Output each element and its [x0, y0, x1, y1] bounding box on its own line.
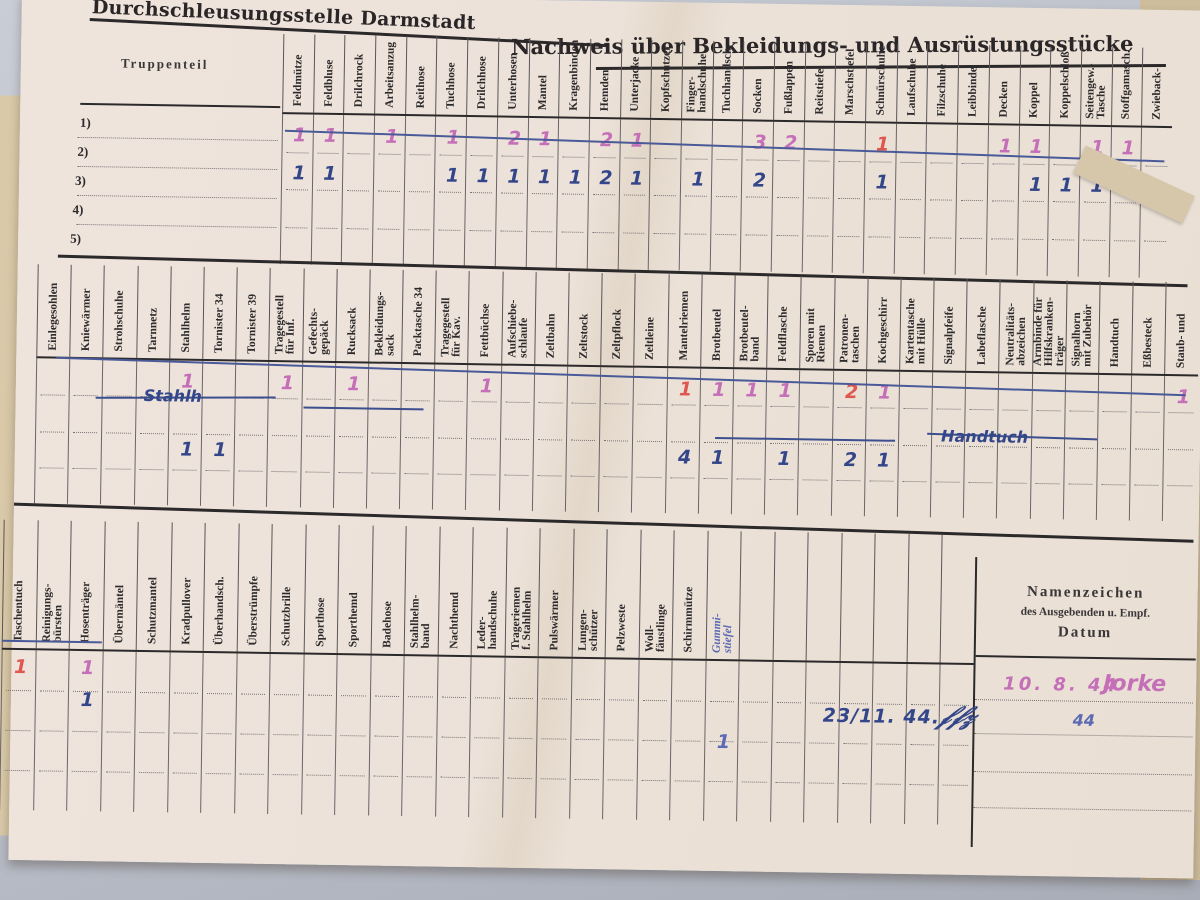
column-header: Decken — [988, 45, 1020, 123]
entry-cell-column — [797, 370, 832, 516]
handwritten-quantity: 2 — [599, 167, 613, 189]
column-header: Armbinde für Hilfskranken- träger — [1032, 280, 1067, 373]
handwritten-quantity: 1 — [1029, 136, 1043, 158]
entry-cell-column — [366, 363, 401, 509]
column-header: Signalpfeife — [932, 278, 967, 371]
column-header-label: Neutralitäts- abzeichen — [1005, 303, 1028, 366]
column-header: Bekleidungs- sack — [368, 269, 403, 362]
entry-cell-column: 1 — [200, 361, 235, 507]
column-header-label: Reinigungs- bürsten — [42, 584, 65, 643]
column-header-label: Tragegestell für Kav. — [441, 297, 464, 357]
column-header-label: Fettbüchse — [479, 304, 491, 358]
handwritten-quantity: 4 — [678, 446, 692, 468]
column-header-label: Unterhosen — [507, 53, 519, 110]
column-header: Labeflasche — [965, 279, 1000, 372]
column-header: Fußlappen — [773, 42, 805, 120]
handwritten-quantity: 1 — [630, 168, 644, 190]
column-header — [739, 531, 775, 660]
column-header-label: Aufschiebe- schlaufe — [507, 300, 530, 358]
column-header: Hosenträger — [69, 521, 105, 650]
column-header-label: Bekleidungs- sack — [374, 292, 397, 356]
column-header-label: Reithose — [415, 66, 427, 108]
column-header: Sporthose — [303, 525, 339, 654]
column-header: Feldbluse — [313, 35, 345, 113]
entry-cell-column — [67, 359, 102, 505]
entry-cell-column — [709, 121, 742, 271]
column-header: Laufschuhe — [896, 44, 928, 122]
column-header: Socken — [742, 41, 774, 119]
entry-cell-column: 1 — [985, 125, 1018, 275]
handwritten-quantity: 2 — [753, 170, 767, 192]
column-header-label: Drilchrock — [354, 54, 366, 108]
entry-cell-column: 1 — [464, 117, 497, 267]
column-header: Filzschuhe — [927, 44, 959, 122]
column-header-label: Koppel — [1029, 82, 1041, 118]
handwritten-quantity: 2 — [784, 132, 798, 154]
column-header-label: Decken — [998, 81, 1010, 118]
column-header-label: Gefechts- gepäck — [308, 308, 331, 355]
entry-cell-column: 1 — [465, 365, 500, 511]
entry-cell-column — [499, 366, 534, 512]
column-header-label: Trageriemen f. Stahlhelm — [510, 587, 533, 650]
entry-cell-column: 11 — [66, 651, 102, 812]
column-header: Zeltstock — [567, 273, 602, 366]
column-header-label: Strohschuhe — [114, 290, 126, 351]
handwritten-quantity: 1 — [711, 447, 725, 469]
column-header-label: Leder- handschuhe — [477, 590, 500, 649]
column-header-label: Kragenbinden — [569, 40, 581, 111]
column-header: Drilchrock — [344, 35, 376, 113]
column-header — [772, 532, 808, 661]
entry-cell-column: 11 — [864, 371, 899, 517]
column-header-label: Einlegesohlen — [48, 283, 60, 351]
section-clothing: FeldmützeFeldbluseDrilchrockArbeitsanzug… — [280, 34, 1184, 288]
column-header-label: Badehose — [382, 601, 394, 648]
column-header: Packtasche 34 — [401, 270, 436, 363]
column-header: Fettbüchse — [468, 271, 503, 364]
entry-cell-column — [134, 360, 169, 506]
column-header-label: Brotbeutel- band — [739, 305, 762, 361]
column-header-label: Gummi- stiefel — [711, 613, 734, 653]
column-header-label: Zeltbahn — [546, 314, 558, 359]
column-header-label: Feldflasche — [778, 306, 790, 362]
column-header-label: Koppelschloß — [1060, 51, 1072, 118]
entry-cell-column: 1 — [1047, 126, 1080, 276]
section3-header-row: TaschentuchReinigungs- bürstenHosenträge… — [2, 520, 975, 663]
entry-cell-column — [598, 367, 633, 513]
column-header-label: Tuchhose — [446, 62, 458, 108]
column-header-label: Armbinde für Hilfskranken- träger — [1032, 297, 1066, 367]
column-header: Tragegestell für Inf. — [269, 268, 304, 361]
signature-rule — [976, 655, 1196, 660]
handwritten-quantity: 1 — [293, 124, 307, 146]
section2-header-row: EinlegesohlenKniewärmerStrohschuheTarnne… — [36, 264, 1199, 374]
column-header-label: Hemden — [599, 70, 611, 112]
clothing-record-booklet: Durchschleusungsstelle Darmstadt Nachwei… — [8, 0, 1200, 879]
entry-cell-column — [736, 661, 772, 822]
entry-cell-column — [803, 662, 839, 823]
entry-cell-column — [299, 362, 334, 508]
handwritten-quantity: 1 — [480, 375, 494, 397]
column-header-label: Unterjacke — [630, 57, 642, 112]
column-header: Badehose — [370, 526, 406, 655]
entry-cell-column: 11 — [863, 123, 896, 273]
column-header: Feldmütze — [282, 34, 314, 112]
column-header: Schnürschuhe — [865, 43, 897, 121]
column-header: Überhandsch. — [203, 523, 239, 652]
column-header-label: Schutzmantel — [148, 577, 160, 644]
entry-cell-column — [937, 664, 973, 825]
entry-cell-column — [435, 657, 471, 818]
signature-heading: Namenzeichen — [977, 583, 1195, 603]
column-header: Arbeitsanzug — [374, 36, 406, 114]
column-header: Drilchhose — [466, 37, 498, 115]
entry-cell-column — [100, 359, 135, 505]
entry-cell-column — [402, 116, 435, 266]
column-header: Gefechts- gepäck — [302, 268, 337, 361]
column-header: Kradpullover — [169, 522, 205, 651]
column-header-label: Handtuch — [1110, 318, 1122, 367]
signature-subheading: des Ausgebenden u. Empf. — [976, 605, 1194, 620]
handwritten-mark-44: 44 — [1073, 711, 1096, 730]
column-header: Trageriemen f. Stahlhelm — [504, 528, 540, 657]
handwritten-quantity: 1 — [630, 130, 644, 152]
column-header-label: Kochgeschirr — [878, 297, 890, 364]
entry-cell-column: 11 — [167, 360, 202, 506]
column-header-label: Überhandsch. — [215, 576, 227, 645]
entry-cell-column — [368, 656, 404, 817]
entry-cell-column: 22 — [830, 371, 865, 517]
entry-cell-column — [33, 650, 69, 811]
column-header: Zeltpflock — [600, 273, 635, 366]
entry-cell-column — [801, 122, 834, 272]
handwritten-quantity: 1 — [281, 372, 295, 394]
handwritten-quantity: 3 — [753, 132, 767, 154]
column-header-label: Zeltpflock — [612, 309, 624, 360]
column-header: Unterjacke — [620, 39, 652, 117]
column-header-label: Woll- fäustlinge — [644, 604, 667, 652]
column-header: Feldflasche — [766, 276, 801, 369]
handwritten-quantity: 1 — [476, 165, 490, 187]
entry-cell-column — [535, 658, 571, 819]
column-header-label: Tarnnetz — [148, 308, 160, 352]
column-header: Hemden — [589, 39, 621, 117]
column-header: Übermäntel — [102, 521, 138, 650]
struck-handwriting-1: Stahlh — [144, 386, 203, 406]
column-header-label: Feldbluse — [323, 59, 335, 106]
entry-cell-column — [532, 366, 567, 512]
entry-cell-column: 1 — [703, 661, 739, 822]
struck-handwriting-2: Handtuch — [941, 426, 1028, 446]
row-number: 5) — [70, 231, 81, 247]
column-header: Taschentuch — [2, 520, 38, 649]
entry-cell-column — [100, 651, 136, 812]
entry-cell-column — [904, 664, 940, 825]
column-header-label: Patronen- taschen — [839, 314, 862, 363]
column-header-label: Stahlhelm- band — [410, 595, 433, 649]
entry-cell-column — [636, 660, 672, 821]
entry-cell-column — [234, 653, 270, 814]
column-header-label: Zeltstock — [579, 313, 591, 359]
column-header-label: Mantelriemen — [678, 291, 690, 361]
column-header-label: Schirmmütze — [683, 587, 695, 653]
entry-cell-column: 2 — [771, 122, 804, 272]
column-header: Nachthemd — [437, 527, 473, 656]
entry-cell-column: 14 — [664, 368, 699, 514]
entry-cell-column — [1063, 374, 1098, 520]
entry-cell-column: 1 — [1162, 376, 1197, 522]
entry-cell-column — [602, 659, 638, 820]
column-header: Tarnnetz — [136, 266, 171, 359]
column-header-label: Packtasche 34 — [413, 287, 425, 356]
column-header-label: Brotbeutel — [712, 309, 724, 361]
column-header-label: Labeflasche — [977, 306, 989, 365]
column-header-label: Kartentasche mit Hülle — [905, 298, 928, 364]
column-header: Sporen mit Riemen — [799, 276, 834, 369]
entry-cell-column — [837, 663, 873, 824]
column-header: Mantelriemen — [667, 274, 702, 367]
column-header-label: Taschentuch — [14, 580, 26, 642]
column-header: Stahlhelm- band — [404, 526, 440, 655]
column-header-label: Übermäntel — [114, 585, 126, 644]
column-header-label: Tornister 34 — [214, 293, 226, 353]
column-header: Leder- handschuhe — [471, 527, 507, 656]
column-header-label: Rucksack — [347, 307, 359, 355]
entry-cell-column — [893, 124, 926, 274]
column-header: Brotbeutel — [700, 275, 735, 368]
column-header-label: Sporthose — [315, 597, 327, 646]
entry-cell-column — [832, 123, 865, 273]
column-header: Unterhosen — [497, 37, 529, 115]
handwritten-quantity: 1 — [507, 166, 521, 188]
column-header-label: Zwieback- — [1152, 68, 1164, 120]
column-header: Schutzbrille — [270, 524, 306, 653]
column-header-label: Fußlappen — [784, 61, 796, 114]
handwritten-quantity: 1 — [446, 165, 460, 187]
handwritten-quantity: 1 — [180, 439, 194, 461]
column-header-label: Kopfschützer — [661, 46, 673, 113]
handwritten-quantity: 1 — [679, 378, 693, 400]
column-header-label: Reitstiefel — [814, 65, 826, 114]
row-number: 2) — [77, 144, 88, 160]
entry-cell-column — [200, 653, 236, 814]
column-header: Tragegestell für Kav. — [434, 271, 469, 364]
column-header-label: Stoffgamasch. — [1121, 50, 1133, 119]
column-header: Kartentasche mit Hülle — [899, 278, 934, 371]
column-header-label: Pulswärmer — [549, 590, 561, 650]
column-header-label: Sporen mit Riemen — [806, 308, 829, 363]
entry-cell-column — [432, 365, 467, 511]
handwritten-quantity: 1 — [538, 166, 552, 188]
column-header-label: Tuchhandsch. — [722, 45, 734, 113]
entry-cell-column — [468, 657, 504, 818]
column-header-label: Überstrümpfe — [248, 576, 260, 646]
column-header: Neutralitäts- abzeichen — [999, 279, 1034, 372]
column-header: Handtuch — [1098, 281, 1133, 374]
column-header-label: Schnürschuhe — [876, 46, 888, 116]
entry-cell-column: 1 — [0, 650, 35, 811]
column-header: Tornister 34 — [202, 267, 237, 360]
dotted-line — [78, 137, 278, 141]
column-header: Aufschiebe- schlaufe — [501, 272, 536, 365]
handwritten-quantity: 1 — [323, 163, 337, 185]
column-header: Stoffgamasch. — [1111, 47, 1143, 125]
entry-cell-column — [502, 658, 538, 819]
column-header — [873, 533, 909, 662]
column-header: Rucksack — [335, 269, 370, 362]
stamp-date-1: 10. 8. 44 — [1003, 673, 1119, 696]
row-number: 1) — [80, 115, 91, 131]
handwritten-quantity: 1 — [1177, 386, 1191, 408]
column-header: Signalhorn mit Zubehör — [1065, 280, 1100, 373]
handwritten-quantity: 1 — [875, 171, 889, 193]
entry-cell-column: 11 — [433, 117, 466, 267]
entry-cell-column: 11 — [310, 115, 343, 265]
handwritten-quantity: 1 — [80, 689, 94, 711]
column-header: Stahlhelm — [169, 266, 204, 359]
column-header-label: Stahlhelm — [181, 303, 193, 353]
column-header: Kopfschützer — [650, 40, 682, 118]
truppenteil-label: Truppenteil — [121, 56, 209, 73]
entry-cell-column — [897, 372, 932, 518]
column-header: Mantel — [528, 38, 560, 116]
column-header: Tuchhandsch. — [712, 41, 744, 119]
handwritten-quantity: 1 — [1059, 174, 1073, 196]
column-header: Lungen- schützer — [571, 529, 607, 658]
dotted-line — [77, 195, 277, 199]
signature-jorke: Jorke — [1103, 671, 1166, 697]
entry-cell-column — [569, 659, 605, 820]
signature-box: Namenzeichen des Ausgebenden u. Empf. Da… — [971, 557, 1196, 850]
entry-cell-column — [233, 361, 268, 507]
column-header: Pelzweste — [605, 529, 641, 658]
column-header-label: Filzschuhe — [937, 64, 949, 117]
column-header-label: Leibbinde — [968, 67, 980, 117]
entry-cell-column: 11 — [698, 369, 733, 515]
column-header: Marschstiefel — [834, 43, 866, 121]
entry-cell-column — [1096, 375, 1131, 521]
column-header: Tornister 39 — [235, 267, 270, 360]
handwritten-quantity: 2 — [844, 449, 858, 471]
column-header-label: Signalhorn mit Zubehör — [1071, 304, 1094, 367]
column-header: Woll- fäustlinge — [638, 530, 674, 659]
entry-cell-column: 11 — [1016, 126, 1049, 276]
section1-header-row: FeldmützeFeldbluseDrilchrockArbeitsanzug… — [282, 34, 1173, 126]
handwritten-quantity: 1 — [778, 380, 792, 402]
section3-entry-grid: 1111 — [0, 650, 973, 825]
handwritten-quantity: 1 — [385, 126, 399, 148]
column-header-label: Drilchhose — [477, 56, 489, 109]
entry-cell-column — [301, 654, 337, 815]
handwritten-quantity: 1 — [569, 167, 583, 189]
entry-cell-column — [631, 368, 666, 514]
column-header: Zeltbahn — [534, 272, 569, 365]
column-header — [839, 533, 875, 662]
column-header-label: Lungen- schützer — [577, 609, 600, 651]
column-header-label: Schutzbrille — [282, 587, 294, 647]
column-header-label: Feldmütze — [293, 55, 305, 107]
column-header: Kragenbinden — [558, 38, 590, 116]
handwritten-quantity: 1 — [877, 449, 891, 471]
column-header: Reinigungs- bürsten — [35, 520, 71, 649]
column-header: Leibbinde — [957, 45, 989, 123]
handwritten-quantity: 1 — [745, 379, 759, 401]
entry-cell-column — [1129, 375, 1164, 521]
column-header-label: Zeltleine — [645, 317, 657, 360]
column-header-label: Eßbesteck — [1143, 317, 1155, 368]
column-header-label: Hosenträger — [81, 582, 93, 643]
column-header: Strohschuhe — [103, 265, 138, 358]
entry-cell-column — [267, 654, 303, 815]
column-header-label: Tragegestell für Inf. — [275, 295, 298, 355]
truppenteil-rule — [80, 103, 280, 108]
column-header: Reithose — [405, 36, 437, 114]
row-number: 3) — [75, 173, 86, 189]
column-header: Tuchhose — [436, 37, 468, 115]
column-header: Kniewärmer — [69, 265, 104, 358]
entry-cell-column — [334, 655, 370, 816]
entry-cell-column — [870, 663, 906, 824]
column-header: Überstrümpfe — [236, 523, 272, 652]
entry-cell-column — [133, 652, 169, 813]
column-header-label: Marschstiefel — [845, 49, 857, 116]
column-header-label: Mantel — [538, 75, 550, 110]
column-header: Finger- handschuhe — [681, 40, 713, 118]
column-header: Zwieback- — [1141, 48, 1173, 126]
column-header — [940, 535, 976, 664]
column-header: Pulswärmer — [538, 528, 574, 657]
entry-cell-column: 32 — [740, 121, 773, 271]
handwritten-quantity: 1 — [324, 125, 338, 147]
column-header: Patronen- taschen — [833, 277, 868, 370]
handwritten-quantity: 1 — [213, 439, 227, 461]
handwritten-quantity: 1 — [712, 379, 726, 401]
entry-cell-column: 1 — [372, 116, 405, 266]
handwritten-quantity: 1 — [292, 162, 306, 184]
dotted-line — [77, 166, 277, 170]
signature-date-label: Datum — [976, 623, 1194, 643]
handwritten-quantity: 1 — [446, 127, 460, 149]
column-header-label: Kniewärmer — [81, 288, 93, 351]
handwritten-date-2: 23/11. 44. — [823, 705, 941, 729]
handwritten-quantity: 1 — [1121, 137, 1135, 159]
entry-cell-column — [955, 125, 988, 275]
column-header-label: Nachthemd — [449, 592, 461, 649]
entry-cell-column: 1 — [731, 369, 766, 515]
section-misc: TaschentuchReinigungs- bürstenHosenträge… — [0, 520, 984, 835]
entry-cell-column — [341, 115, 374, 265]
entry-cell-column — [401, 656, 437, 817]
column-header: Eßbesteck — [1131, 281, 1166, 374]
column-header — [906, 534, 942, 663]
entry-cell-column — [565, 367, 600, 513]
dotted-line — [76, 224, 276, 228]
entry-cell-column — [669, 660, 705, 821]
column-header: Sporthemd — [337, 525, 373, 654]
column-header-label: Seitengew.- Tasche — [1085, 63, 1108, 119]
handwritten-quantity: 1 — [81, 657, 95, 679]
column-header-label: Tornister 39 — [247, 294, 259, 354]
column-header-label: Laufschuhe — [906, 58, 918, 116]
entry-cell-column — [399, 364, 434, 510]
handwritten-quantity: 1 — [14, 656, 28, 678]
handwritten-quantity: 1 — [777, 448, 791, 470]
column-header-label: Sporthemd — [348, 592, 360, 647]
column-header-label: Pelzweste — [616, 604, 628, 651]
column-header: Einlegesohlen — [36, 264, 71, 357]
column-header: Kochgeschirr — [866, 277, 901, 370]
column-header-label: Socken — [753, 78, 765, 113]
